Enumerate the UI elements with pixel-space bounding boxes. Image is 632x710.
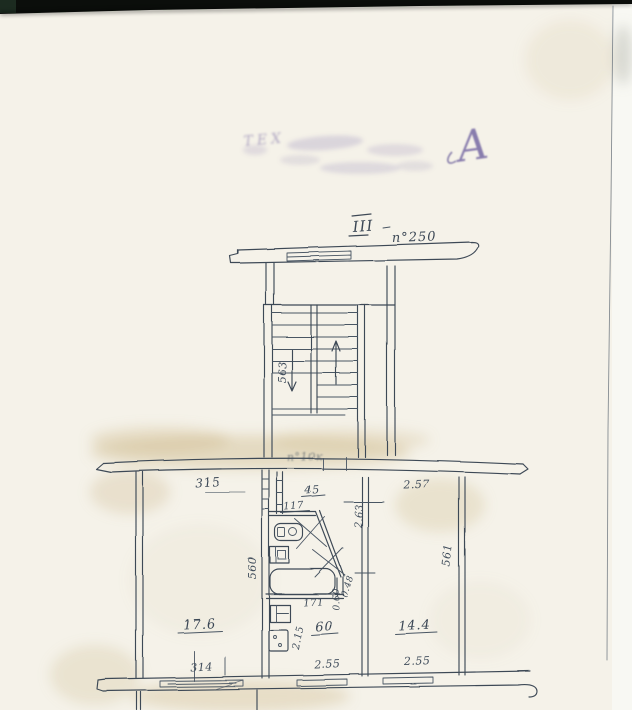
stair-flight-dimension: 563 bbox=[276, 361, 289, 384]
dim-top-mid: 45 bbox=[303, 483, 320, 497]
storey-label: III bbox=[351, 217, 374, 236]
dim-top-left: 315 bbox=[194, 475, 221, 490]
kitchen-area: 60 bbox=[314, 619, 333, 635]
entry-level-label: n°10к bbox=[287, 450, 323, 464]
dim-bath-width: 171 bbox=[303, 597, 324, 609]
paper-margin-strip bbox=[612, 0, 632, 710]
bedroom-area: 14.4 bbox=[398, 618, 431, 634]
dim-bottom-left: 314 bbox=[189, 660, 212, 674]
dim-bottom-mid: 2.55 bbox=[313, 657, 341, 671]
dim-bottom-right: 2.55 bbox=[403, 654, 431, 668]
dim-left-depth: 560 bbox=[246, 557, 259, 580]
scanned-floor-plan-page: ТЕХ А III n°250 bbox=[0, 0, 632, 710]
dim-top-right: 2.57 bbox=[402, 477, 430, 491]
dim-hall-depth: 2.63 bbox=[354, 504, 366, 530]
dim-right-depth: 561 bbox=[440, 544, 455, 568]
living-room-area: 17.6 bbox=[183, 617, 216, 633]
